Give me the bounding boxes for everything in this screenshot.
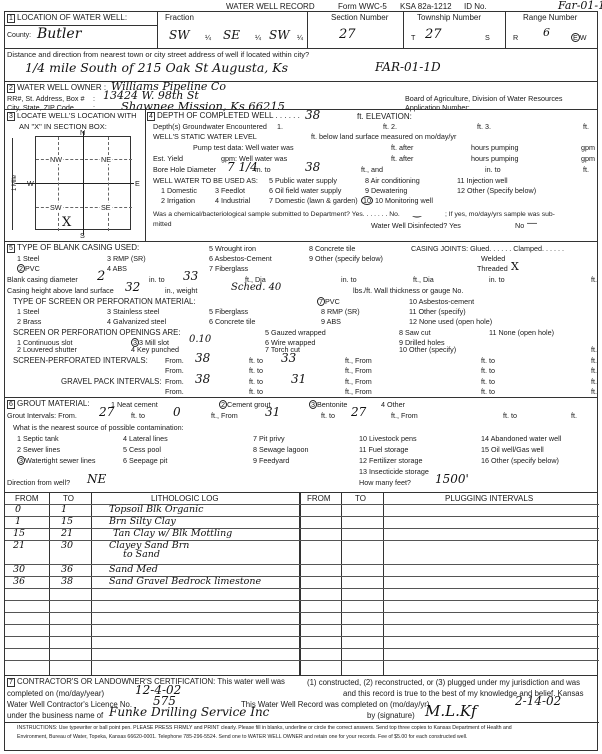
use-oil[interactable]: 6 Oil field water supply [269, 186, 341, 195]
fraction-2[interactable]: SE [223, 28, 240, 42]
ft: ft. [591, 387, 597, 396]
table-row[interactable] [5, 600, 599, 612]
distance-value[interactable]: 1/4 mile South of 215 Oak St Augusta, Ks [25, 60, 288, 75]
ft-to: ft. to [481, 377, 495, 386]
screen-brass[interactable]: 2 Brass [17, 317, 41, 326]
sw-label: SW [49, 203, 63, 212]
bore-label: Bore Hole Diameter [153, 165, 216, 174]
use-lawn[interactable]: 7 Domestic (lawn & garden) [269, 196, 358, 205]
from-label: From. [165, 387, 184, 396]
mile-label: 1 Mile [12, 175, 18, 191]
ft-to: ft. to [131, 411, 145, 420]
use-industrial[interactable]: 4 Industrial [215, 196, 250, 205]
contam-fuel[interactable]: 11 Fuel storage [359, 445, 408, 454]
quarter-mark: ¼ [297, 33, 303, 42]
ft: ft. [591, 377, 597, 386]
static-level-label: WELL'S STATIC WATER LEVEL [153, 132, 257, 141]
grout-other[interactable]: 4 Other [381, 400, 405, 409]
bore-in-to: in. to [255, 165, 271, 174]
table-row[interactable]: 15 21 Tan Clay w/ Blk Mottling [5, 528, 599, 540]
screen-to-value[interactable]: 33 [281, 351, 296, 365]
casing-weight-rest: lbs./ft. Wall thickness or gauge No. [353, 286, 463, 295]
record-completed-value[interactable]: 2-14-02 [515, 694, 561, 708]
header-to: TO [63, 494, 74, 503]
quarter-dash [108, 137, 109, 231]
contam-watertight[interactable]: 3Watertight sewer lines [17, 456, 95, 465]
divider [5, 722, 599, 723]
table-row[interactable] [5, 636, 599, 648]
disinfected-no-mark: — [527, 218, 537, 229]
gw-1: 1. [277, 122, 283, 131]
casing-joints-label: CASING JOINTS: Glued. . . . . . Clamped.… [411, 244, 564, 253]
table-row[interactable]: 1 15 Brn Silty Clay [5, 516, 599, 528]
west-label: W [27, 179, 34, 188]
screen-pvc[interactable]: 7PVC [317, 297, 340, 306]
gravel-from-value[interactable]: 38 [195, 372, 210, 386]
cert-line-1b: (1) constructed, (2) reconstructed, or (… [307, 678, 580, 687]
fraction-3[interactable]: SW [269, 28, 290, 42]
section-number: 7 [7, 678, 15, 687]
contam-septic[interactable]: 1 Septic tank [17, 434, 59, 443]
use-irrigation[interactable]: 2 Irrigation [161, 196, 195, 205]
ft-from: ft., From [345, 387, 372, 396]
colon: : [93, 94, 95, 103]
section-number: 4 [147, 112, 155, 121]
blank-ft: ft. [591, 275, 597, 284]
location-mark[interactable]: X [62, 215, 71, 230]
contam-fertilizer[interactable]: 12 Fertilizer storage [359, 456, 423, 465]
grout-intervals-label: Grout Intervals: From. [7, 411, 77, 420]
from-label: From. [165, 356, 184, 365]
ft-to: ft. to [481, 366, 495, 375]
divider [505, 12, 506, 48]
opening-gauzed[interactable]: 5 Gauzed wrapped [265, 328, 326, 337]
pump-hours: hours pumping [471, 143, 519, 152]
instructions-line-1: INSTRUCTIONS: Use typewriter or ball poi… [17, 725, 512, 731]
screen-galvanized[interactable]: 4 Galvanized steel [107, 317, 166, 326]
log-table: FROM TO LITHOLOGIC LOG FROM TO PLUGGING … [5, 492, 597, 675]
quarter-mark: ¼ [205, 33, 211, 42]
table-row[interactable]: 30 36 Sand Med [5, 564, 599, 576]
elevation-label: ft. ELEVATION: [357, 112, 412, 121]
screen-other[interactable]: 11 Other (specify) [409, 307, 466, 316]
ft-from: ft., From [391, 411, 418, 420]
table-row[interactable] [5, 660, 599, 672]
township-s: S [485, 33, 490, 42]
use-domestic[interactable]: 1 Domestic [161, 186, 197, 195]
grout-neat[interactable]: 1 Neat cement [111, 400, 158, 409]
distance-label: Distance and direction from nearest town… [7, 50, 309, 59]
yield-gpm-end: gpm [581, 154, 595, 163]
header-plug-from: FROM [307, 494, 331, 503]
use-label: WELL WATER TO BE USED AS: [153, 176, 258, 185]
quarter-dash [58, 137, 59, 231]
ne-label: NE [100, 155, 112, 164]
casing-fiberglass[interactable]: 7 Fiberglass [209, 264, 248, 273]
bore-to-value[interactable]: 38 [305, 160, 320, 174]
section-5: 5TYPE OF BLANK CASING USED: 5 Wrought ir… [5, 241, 597, 345]
section-value[interactable]: 27 [339, 27, 356, 42]
casing-steel[interactable]: 1 Steel [17, 254, 39, 263]
casing-weight-value[interactable]: Sched. 40 [231, 282, 281, 293]
contam-oil[interactable]: 15 Oil well/Gas well [481, 445, 544, 454]
range-value[interactable]: 6 [543, 26, 550, 39]
blank-in-to: in. to [149, 275, 165, 284]
well-id-value[interactable]: FAR-01-1D [375, 60, 441, 74]
fraction-1[interactable]: SW [169, 28, 190, 42]
east-label: E [135, 179, 140, 188]
casing-rmp[interactable]: 3 RMP (SR) [107, 254, 146, 263]
grout-from-1[interactable]: 27 [99, 405, 114, 419]
id-label: ID No. [464, 2, 487, 11]
header-from: FROM [15, 494, 39, 503]
disinfected-label: Water Well Disinfected? Yes [371, 221, 461, 230]
blank-to-value[interactable]: 33 [183, 269, 198, 283]
section-3-4: 3LOCATE WELL'S LOCATION WITH AN "X" IN S… [5, 109, 597, 241]
blank-dia-2: ft., Dia [413, 275, 434, 284]
ft-to: ft. to [503, 411, 517, 420]
groundwater-label: Depth(s) Groundwater Encountered [153, 122, 267, 131]
grout-to-2[interactable]: 27 [351, 405, 366, 419]
opening-none[interactable]: 11 None (open hole) [489, 328, 554, 337]
from-label: From. [165, 366, 184, 375]
county-value[interactable]: Butler [37, 26, 81, 42]
ft-to: ft. to [249, 366, 263, 375]
divider [145, 110, 146, 242]
completed-label: completed on (mo/day/year) [7, 689, 104, 698]
nw-label: NW [49, 155, 63, 164]
section-5-title: 5TYPE OF BLANK CASING USED: [7, 243, 139, 253]
instructions-line-2: Environment, Bureau of Water, Topeka, Ka… [17, 734, 467, 740]
business-value[interactable]: Funke Drilling Service Inc [109, 705, 269, 719]
casing-height-value[interactable]: 32 [125, 280, 140, 294]
casing-height-in: in., weight [165, 286, 197, 295]
casing-abs[interactable]: 4 ABS [107, 264, 127, 273]
contam-abandoned[interactable]: 14 Abandoned water well [481, 434, 561, 443]
section-2-title: 2WATER WELL OWNER : [7, 83, 106, 93]
yield-label: Est. Yield [153, 154, 183, 163]
contam-livestock[interactable]: 10 Livestock pens [359, 434, 417, 443]
table-row[interactable] [5, 588, 599, 600]
casing-other[interactable]: 9 Other (specify below) [309, 254, 383, 263]
yield-after: ft. after [391, 154, 413, 163]
contam-other[interactable]: 16 Other (specify below) [481, 456, 559, 465]
ft: ft. [591, 366, 597, 375]
header-plug-to: TO [355, 494, 366, 503]
form-number: Form WWC-5 [338, 2, 387, 11]
divider [157, 12, 158, 48]
joints-welded[interactable]: Welded [481, 254, 505, 263]
table-row[interactable]: to Sand [5, 552, 599, 564]
table-row[interactable]: 21 30 Clayey Sand Brn [5, 540, 599, 552]
section-3-subtitle: AN "X" IN SECTION BOX: [19, 122, 107, 131]
bore-ft: ft. [583, 165, 589, 174]
blank-diameter-value[interactable]: 2 [97, 269, 105, 284]
table-row[interactable] [5, 624, 599, 636]
use-dewater[interactable]: 9 Dewatering [365, 186, 407, 195]
blank-in-to-2: in. to [341, 275, 357, 284]
yield-hours: hours pumping [471, 154, 519, 163]
sample-rest-2: mitted [153, 221, 172, 228]
signature-label: by (signature) [367, 711, 415, 720]
casing-asbestos[interactable]: 6 Asbestos-Cement [209, 254, 272, 263]
township-t: T [411, 33, 415, 42]
screen-steel[interactable]: 1 Steel [17, 307, 39, 316]
direction-label: Direction from well? [7, 478, 70, 487]
opening-louvered[interactable]: 2 Louvered shutter [17, 345, 77, 354]
contamination-label: What is the nearest source of possible c… [13, 423, 184, 432]
range-ew: EW [571, 33, 587, 42]
direction-value[interactable]: NE [87, 472, 106, 486]
county-label: County: [7, 32, 31, 39]
ft-end: ft. [591, 345, 597, 354]
contam-sewer[interactable]: 2 Sewer lines [17, 445, 60, 454]
screen-from-value[interactable]: 38 [195, 351, 210, 365]
section-4-depth: 4DEPTH OF COMPLETED WELL . . . . . . [147, 111, 300, 121]
section-7: 7CONTRACTOR'S OR LANDOWNER'S CERTIFICATI… [5, 675, 597, 752]
blank-in-to-3: in. to [489, 275, 505, 284]
table-row[interactable] [5, 648, 599, 660]
signature[interactable]: M.L.Kf [425, 702, 477, 720]
section-2: 2WATER WELL OWNER : Williams Pipeline Co… [5, 81, 597, 109]
ft-to: ft. to [481, 387, 495, 396]
form-title: WATER WELL RECORD [226, 2, 315, 11]
grout-cement[interactable]: 2Cement grout [219, 400, 271, 409]
contam-feedyard[interactable]: 9 Feedyard [253, 456, 289, 465]
use-monitoring[interactable]: 10 10 Monitoring well [361, 196, 433, 205]
south-label: S [80, 231, 85, 240]
ft-from: ft., From [345, 366, 372, 375]
quarter-mark: ¼ [255, 33, 261, 42]
screen-intervals-label: SCREEN-PERFORATED INTERVALS: [13, 356, 148, 365]
screen-concrete[interactable]: 6 Concrete tile [209, 317, 255, 326]
table-row[interactable]: 36 38 Sand Gravel Bedrock limestone [5, 576, 599, 588]
business-label: under the business name of [7, 711, 103, 720]
header-plugging: PLUGGING INTERVALS [445, 494, 533, 503]
distance-row: Distance and direction from nearest town… [5, 48, 597, 81]
contam-lateral[interactable]: 4 Lateral lines [123, 434, 168, 443]
grout-from-2[interactable]: 31 [265, 405, 280, 419]
contam-seepage[interactable]: 6 Seepage pit [123, 456, 167, 465]
table-row[interactable] [5, 612, 599, 624]
fraction-label: Fraction [165, 13, 194, 22]
section-number-label: Section Number [331, 13, 388, 22]
north-label: N [80, 128, 85, 137]
gw-2: ft. 2. [383, 122, 397, 131]
howmany-label: How many feet? [359, 478, 411, 487]
pump-gpm: gpm [581, 143, 595, 152]
divider [403, 12, 404, 48]
gw-3: ft. 3. [477, 122, 491, 131]
section-6-title: 6GROUT MATERIAL: [7, 399, 90, 409]
section-number: 6 [7, 400, 15, 409]
section-1-title: 1LOCATION OF WATER WELL: [7, 13, 127, 23]
use-injection[interactable]: 11 Injection well [457, 176, 508, 185]
ft-to: ft. to [249, 356, 263, 365]
howmany-value[interactable]: 1500' [435, 472, 469, 486]
casing-height-label: Casing height above land surface [7, 286, 114, 295]
sample-label: Was a chemical/bacteriological sample su… [153, 211, 400, 218]
depth-value[interactable]: 38 [305, 108, 320, 122]
bore-value[interactable]: 7 1/4 [227, 160, 258, 174]
divider [307, 12, 308, 48]
ksa-label: KSA 82a-1212 [400, 2, 452, 11]
range-r: R [513, 33, 518, 42]
static-level-rest: ft. below land surface measured on mo/da… [311, 132, 456, 141]
grout-to-1[interactable]: 0 [173, 405, 181, 419]
bore-ft-and: ft., and [361, 165, 383, 174]
joints-threaded[interactable]: Threaded [477, 264, 508, 273]
sample-no-mark: ‿ [413, 207, 421, 218]
ft-from: ft., From [211, 411, 238, 420]
use-air[interactable]: 8 Air conditioning [365, 176, 420, 185]
openings-title: SCREEN OR PERFORATION OPENINGS ARE: [13, 328, 181, 337]
casing-concrete[interactable]: 8 Concrete tile [309, 244, 355, 253]
section-number: 3 [7, 112, 15, 121]
slot-value[interactable]: 0.10 [189, 334, 211, 345]
opening-saw[interactable]: 8 Saw cut [399, 328, 431, 337]
casing-wrought[interactable]: 5 Wrought iron [209, 244, 256, 253]
screen-material-title: TYPE OF SCREEN OR PERFORATION MATERIAL: [13, 297, 196, 306]
grout-bentonite[interactable]: 3Bentonite [309, 400, 347, 409]
ft-to: ft. to [481, 356, 495, 365]
opening-other[interactable]: 10 Other (specify) [399, 345, 456, 354]
se-label: SE [100, 203, 112, 212]
screen-fiberglass[interactable]: 5 Fiberglass [209, 307, 248, 316]
ft-from: ft., From [345, 356, 372, 365]
table-row[interactable]: 0 1 Topsoil Blk Organic [5, 504, 599, 516]
section-number: 1 [7, 14, 15, 23]
blank-diameter-label: Blank casing diameter [7, 275, 78, 284]
pump-test-label: Pump test data: Well water was [193, 143, 294, 152]
contam-cess[interactable]: 5 Cess pool [123, 445, 161, 454]
township-value[interactable]: 27 [425, 27, 442, 42]
pump-after: ft. after [391, 143, 413, 152]
contam-insecticide[interactable]: 13 Insecticide storage [359, 467, 429, 476]
casing-pvc[interactable]: 2PVC [17, 264, 40, 273]
section-box[interactable]: NW NE SW SE X [35, 136, 131, 230]
screen-asbestos[interactable]: 10 Asbestos-cement [409, 297, 474, 306]
section-6: 6GROUT MATERIAL: 1 Neat cement 2Cement g… [5, 397, 597, 492]
screen-abs[interactable]: 9 ABS [321, 317, 341, 326]
ft: ft. [571, 411, 577, 420]
township-label: Township Number [417, 13, 481, 22]
intervals: 2 Louvered shutter 4 Key punched 7 Torch… [5, 345, 599, 395]
ft-to: ft. to [249, 387, 263, 396]
contam-lagoon[interactable]: 8 Sewage lagoon [253, 445, 309, 454]
screen-stainless[interactable]: 3 Stainless steel [107, 307, 159, 316]
section-3-title: 3LOCATE WELL'S LOCATION WITH [7, 111, 137, 121]
screen-rmp[interactable]: 8 RMP (SR) [321, 307, 360, 316]
gravel-intervals-label: GRAVEL PACK INTERVALS: [61, 377, 162, 386]
opening-key[interactable]: 4 Key punched [131, 345, 179, 354]
from-label: From. [165, 377, 184, 386]
gw-ft: ft. [583, 122, 589, 131]
use-public[interactable]: 5 Public water supply [269, 176, 337, 185]
ft-to: ft. to [249, 377, 263, 386]
board-label: Board of Agriculture, Division of Water … [405, 94, 563, 103]
gravel-to-value[interactable]: 31 [291, 372, 306, 386]
sample-rest: ; If yes, mo/day/yrs sample was sub- [445, 211, 555, 218]
use-other[interactable]: 12 Other (Specify below) [457, 186, 536, 195]
address-label: RR#, St. Address, Box # [7, 94, 85, 103]
ft: ft. [591, 356, 597, 365]
screen-none[interactable]: 12 None used (open hole) [409, 317, 492, 326]
section-number: 5 [7, 244, 15, 253]
use-feedlot[interactable]: 3 Feedlot [215, 186, 245, 195]
water-well-record-form: 1LOCATION OF WATER WELL: Fraction Sectio… [4, 11, 598, 751]
disinfected-no[interactable]: No [515, 221, 524, 230]
ft-from: ft., From [345, 377, 372, 386]
header-lithologic: LITHOLOGIC LOG [151, 494, 219, 503]
contam-pit[interactable]: 7 Pit privy [253, 434, 285, 443]
range-label: Range Number [523, 13, 577, 22]
bore-in-to-2: in. to [485, 165, 501, 174]
threaded-mark: X [511, 260, 519, 273]
section-number: 2 [7, 84, 15, 93]
ft-to: ft. to [321, 411, 335, 420]
